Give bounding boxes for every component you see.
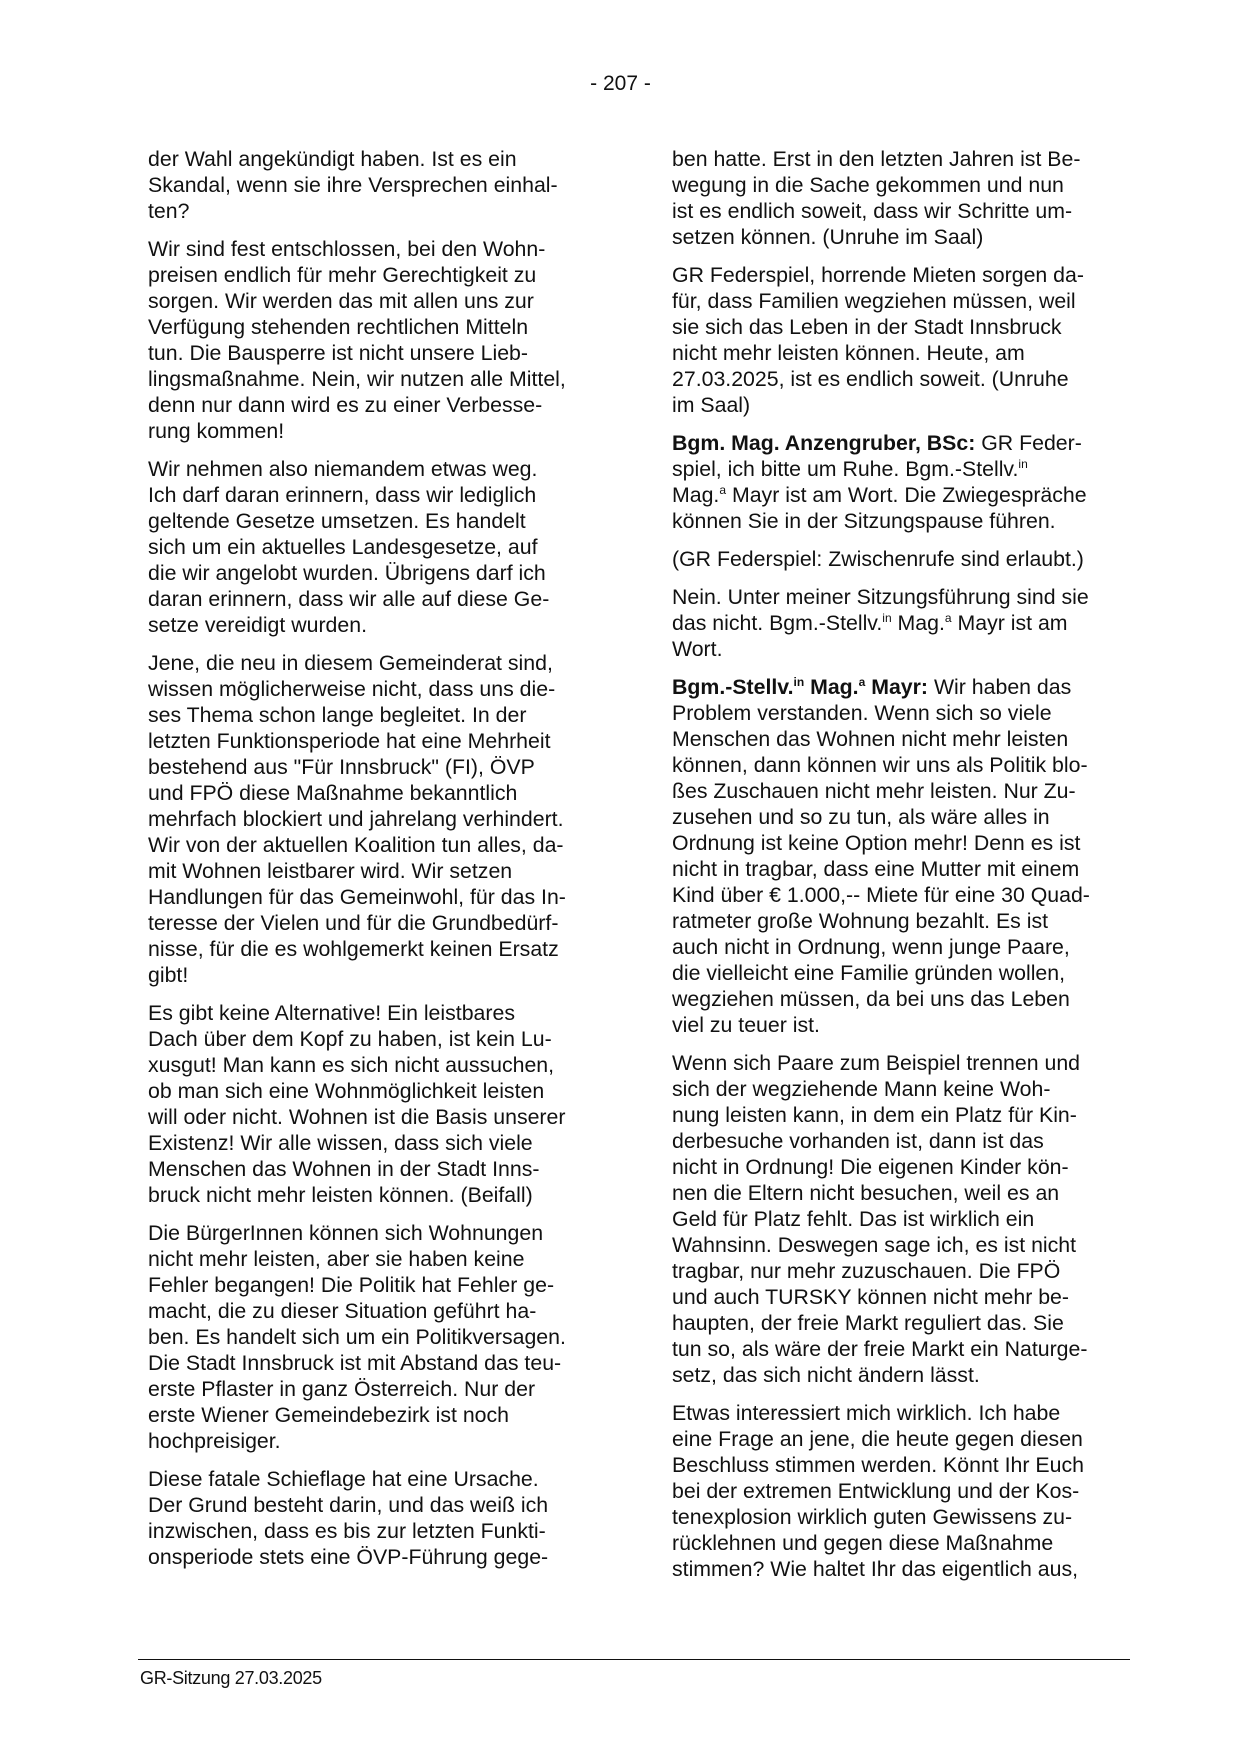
paragraph: Diese fatale Schieflage hat eine Ursache… [148, 1466, 608, 1570]
paragraph: Jene, die neu in diesem Gemeinderat sind… [148, 650, 608, 988]
speech-text: Mag. [892, 611, 945, 635]
speech-text: Wir haben das Problem verstanden. Wenn s… [672, 675, 1090, 1037]
page-number: - 207 - [0, 72, 1241, 96]
speaker-name: Bgm. Mag. Anzengruber, BSc: [672, 431, 975, 455]
paragraph: Es gibt keine Alternative! Ein leistbare… [148, 1000, 608, 1208]
superscript: in [794, 675, 805, 689]
speaker-paragraph-deputy: Bgm.-Stellv.in Mag.a Mayr: Wir haben das… [672, 674, 1142, 1038]
paragraph: GR Federspiel, horrende Mieten sorgen da… [672, 262, 1142, 418]
paragraph: Wir sind fest entschlossen, bei den Wohn… [148, 236, 608, 444]
speaker-name: Bgm.-Stellv.in Mag.a Mayr: [672, 675, 928, 699]
right-column: ben hatte. Erst in den letzten Jahren is… [672, 146, 1142, 1594]
paragraph: ben hatte. Erst in den letzten Jahren is… [672, 146, 1142, 250]
speech-text: Mayr ist am Wort. Die Zwiegespräche könn… [672, 483, 1087, 533]
paragraph: Wir nehmen also niemandem etwas weg. Ich… [148, 456, 608, 638]
speaker-name-part: Bgm.-Stellv. [672, 675, 794, 699]
speaker-name-part: Mayr: [865, 675, 928, 699]
paragraph: der Wahl angekündigt haben. Ist es ein S… [148, 146, 608, 224]
superscript: in [1018, 457, 1027, 471]
paragraph: Die BürgerInnen können sich Wohnungen ni… [148, 1220, 608, 1454]
speaker-name-part: Mag. [804, 675, 858, 699]
left-column: der Wahl angekündigt haben. Ist es ein S… [148, 146, 608, 1582]
paragraph: Etwas interessiert mich wirklich. Ich ha… [672, 1400, 1142, 1582]
speech-text: Mag. [672, 483, 719, 507]
speaker-paragraph-mayor: Bgm. Mag. Anzengruber, BSc: GR Feder- sp… [672, 430, 1142, 534]
interjection: (GR Federspiel: Zwischenrufe sind erlaub… [672, 546, 1142, 572]
paragraph: Wenn sich Paare zum Beispiel trennen und… [672, 1050, 1142, 1388]
footer-text: GR-Sitzung 27.03.2025 [140, 1667, 322, 1689]
superscript: in [882, 611, 891, 625]
paragraph: Nein. Unter meiner Sitzungsführung sind … [672, 584, 1142, 662]
footer-divider [138, 1659, 1130, 1660]
superscript: a [945, 611, 952, 625]
